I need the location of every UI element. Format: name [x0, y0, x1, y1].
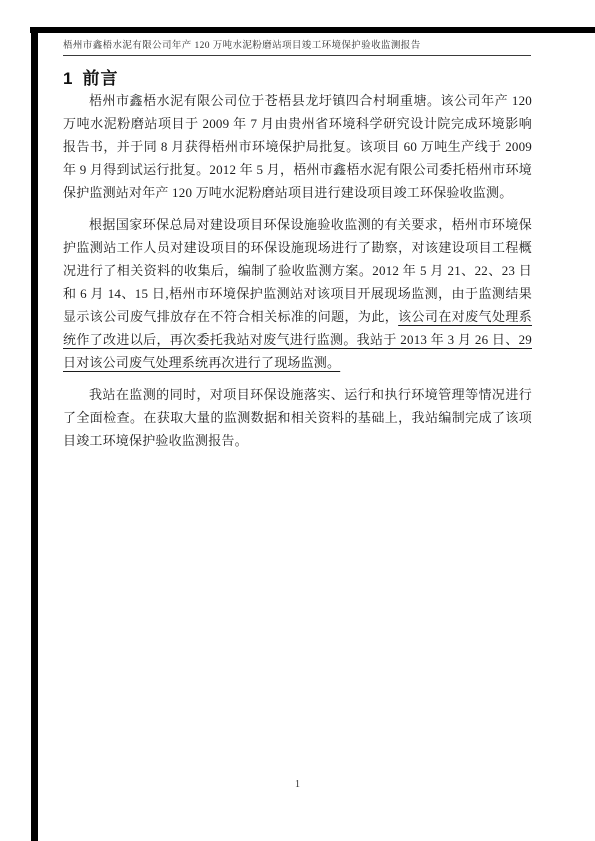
paragraph-monitoring-normal-text: 根据国家环保总局对建设项目环保设施验收监测的有关要求，梧州市环境保护监测站工作人…: [63, 217, 532, 324]
paragraph-conclusion: 我站在监测的同时，对项目环保设施落实、运行和执行环境管理等情况进行了全面检查。在…: [63, 383, 532, 452]
running-header: 梧州市鑫梧水泥有限公司年产 120 万吨水泥粉磨站项目竣工环境保护验收监测报告: [63, 37, 531, 56]
running-header-text: 梧州市鑫梧水泥有限公司年产 120 万吨水泥粉磨站项目竣工环境保护验收监测报告: [63, 41, 421, 51]
paragraph-intro: 梧州市鑫梧水泥有限公司位于苍梧县龙圩镇四合村垌重塘。该公司年产 120 万吨水泥…: [63, 89, 532, 204]
scan-artifact-top-bar: [30, 27, 595, 33]
paragraph-monitoring: 根据国家环保总局对建设项目环保设施验收监测的有关要求，梧州市环境保护监测站工作人…: [63, 213, 532, 374]
report-page: { "document": { "header": "梧州市鑫梧水泥有限公司年产…: [0, 0, 595, 841]
section-title: 1前言: [63, 64, 118, 89]
section-number: 1: [63, 69, 73, 88]
section-title-label: 前言: [82, 69, 118, 88]
page-number: 1: [0, 779, 595, 790]
document-body: 梧州市鑫梧水泥有限公司位于苍梧县龙圩镇四合村垌重塘。该公司年产 120 万吨水泥…: [63, 89, 532, 461]
scan-artifact-left-bar: [31, 27, 38, 841]
